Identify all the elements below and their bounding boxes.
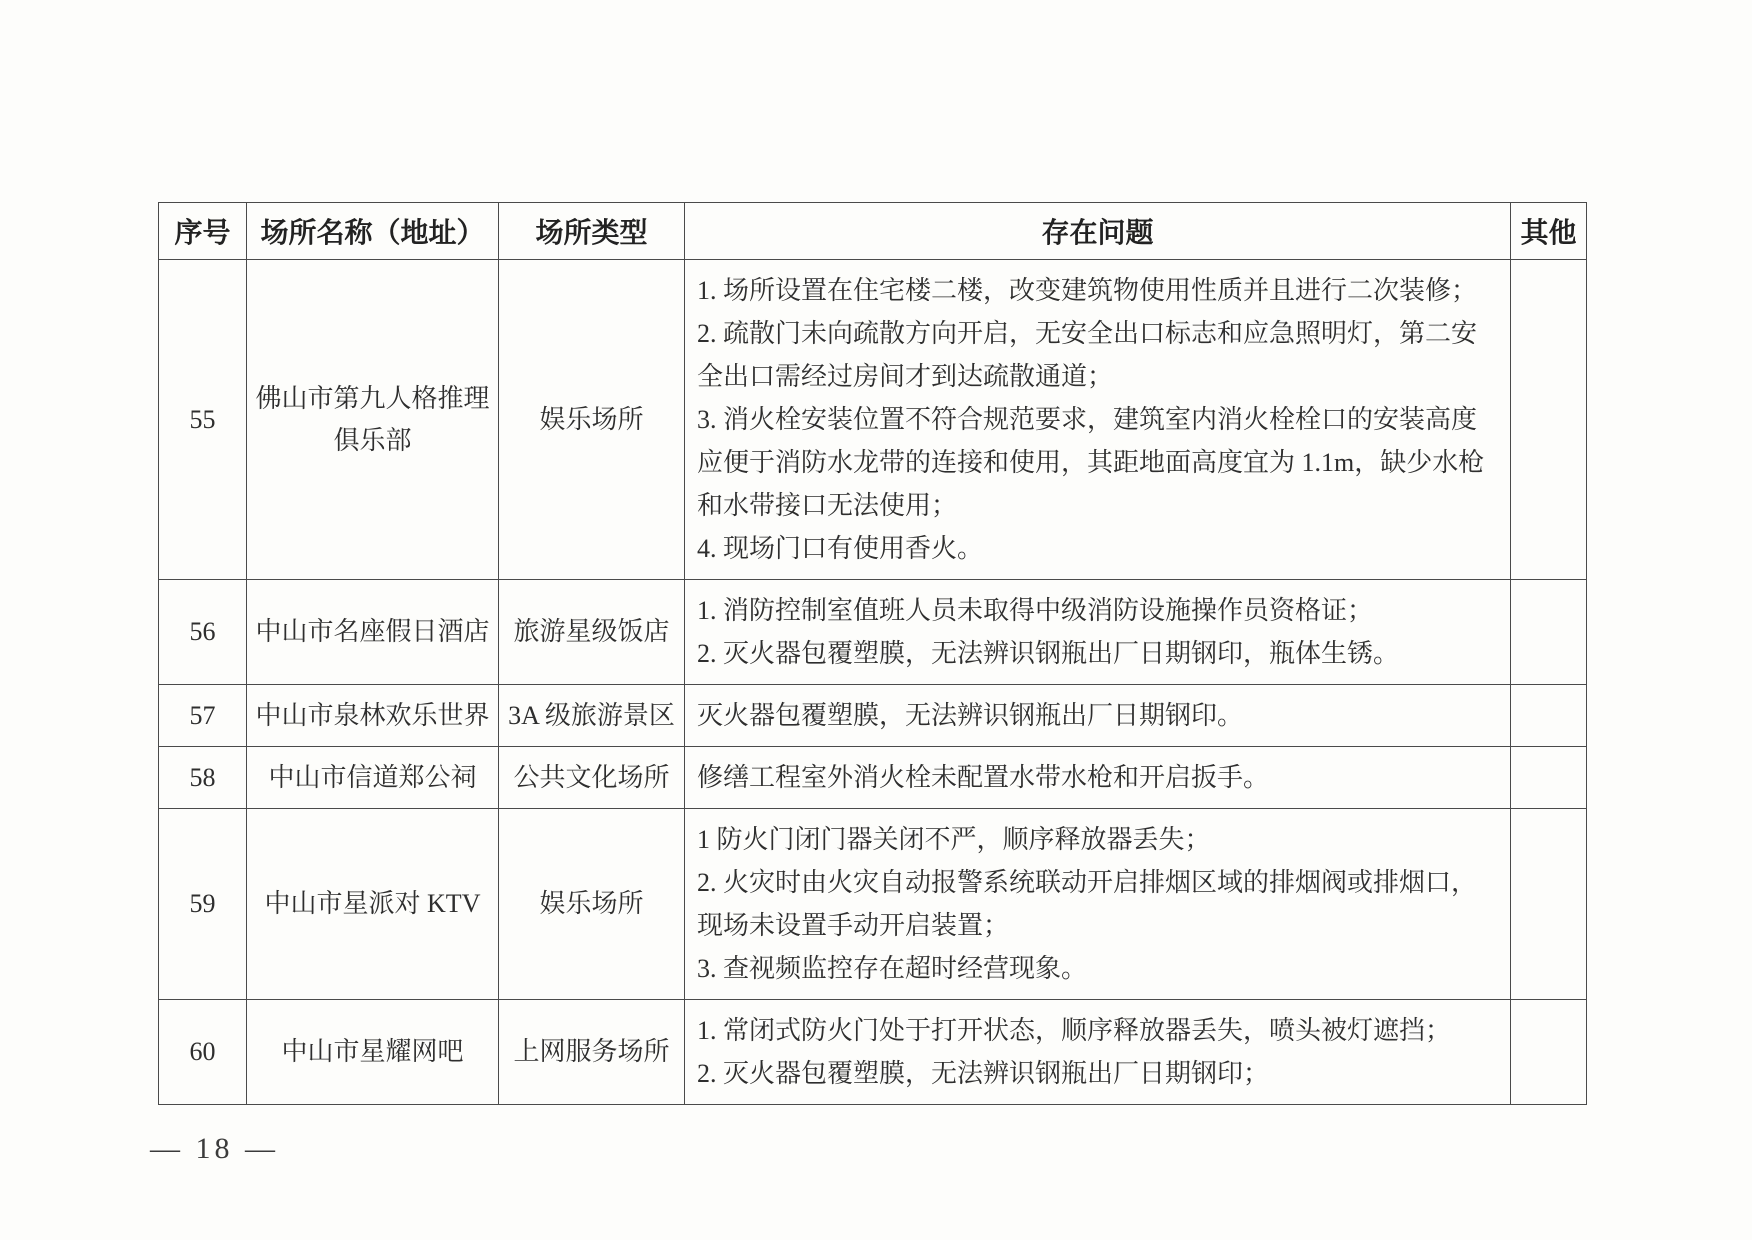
row-seq: 58 [159, 747, 247, 809]
table-row: 59 中山市星派对 KTV 娱乐场所 1 防火门闭门器关闭不严，顺序释放器丢失；… [159, 809, 1587, 1000]
row-place-name: 佛山市第九人格推理俱乐部 [247, 260, 499, 580]
row-problems: 1. 场所设置在住宅楼二楼，改变建筑物使用性质并且进行二次装修；2. 疏散门未向… [685, 260, 1511, 580]
problem-line: 1 防火门闭门器关闭不严，顺序释放器丢失； [697, 818, 1498, 861]
table-row: 55 佛山市第九人格推理俱乐部 娱乐场所 1. 场所设置在住宅楼二楼，改变建筑物… [159, 260, 1587, 580]
problem-line: 灭火器包覆塑膜，无法辨识钢瓶出厂日期钢印。 [697, 694, 1498, 737]
document-page: 序号 场所名称（地址） 场所类型 存在问题 其他 55 佛山市第九人格推理俱乐部… [0, 0, 1752, 1240]
problem-line: 2. 疏散门未向疏散方向开启，无安全出口标志和应急照明灯，第二安全出口需经过房间… [697, 312, 1498, 398]
row-place-name: 中山市星耀网吧 [247, 1000, 499, 1105]
row-seq: 57 [159, 685, 247, 747]
header-problems: 存在问题 [685, 203, 1511, 260]
row-seq: 59 [159, 809, 247, 1000]
row-other [1511, 1000, 1587, 1105]
problem-line: 4. 现场门口有使用香火。 [697, 527, 1498, 570]
row-other [1511, 580, 1587, 685]
header-other: 其他 [1511, 203, 1587, 260]
row-problems: 1. 消防控制室值班人员未取得中级消防设施操作员资格证；2. 灭火器包覆塑膜，无… [685, 580, 1511, 685]
problem-line: 2. 火灾时由火灾自动报警系统联动开启排烟区域的排烟阀或排烟口，现场未设置手动开… [697, 861, 1498, 947]
problem-line: 修缮工程室外消火栓未配置水带水枪和开启扳手。 [697, 756, 1498, 799]
problem-line: 3. 消火栓安装位置不符合规范要求，建筑室内消火栓栓口的安装高度应便于消防水龙带… [697, 398, 1498, 527]
row-seq: 60 [159, 1000, 247, 1105]
row-place-type: 3A 级旅游景区 [499, 685, 685, 747]
header-place-name: 场所名称（地址） [247, 203, 499, 260]
row-place-type: 娱乐场所 [499, 260, 685, 580]
row-place-type: 旅游星级饭店 [499, 580, 685, 685]
table-body: 55 佛山市第九人格推理俱乐部 娱乐场所 1. 场所设置在住宅楼二楼，改变建筑物… [159, 260, 1587, 1105]
row-place-name: 中山市泉林欢乐世界 [247, 685, 499, 747]
table-row: 60 中山市星耀网吧 上网服务场所 1. 常闭式防火门处于打开状态，顺序释放器丢… [159, 1000, 1587, 1105]
row-other [1511, 260, 1587, 580]
row-other [1511, 747, 1587, 809]
row-problems: 灭火器包覆塑膜，无法辨识钢瓶出厂日期钢印。 [685, 685, 1511, 747]
row-problems: 修缮工程室外消火栓未配置水带水枪和开启扳手。 [685, 747, 1511, 809]
problem-line: 3. 查视频监控存在超时经营现象。 [697, 947, 1498, 990]
problem-line: 2. 灭火器包覆塑膜，无法辨识钢瓶出厂日期钢印，瓶体生锈。 [697, 632, 1498, 675]
inspection-issues-table: 序号 场所名称（地址） 场所类型 存在问题 其他 55 佛山市第九人格推理俱乐部… [158, 202, 1587, 1105]
header-seq: 序号 [159, 203, 247, 260]
row-place-type: 公共文化场所 [499, 747, 685, 809]
table-header: 序号 场所名称（地址） 场所类型 存在问题 其他 [159, 203, 1587, 260]
row-problems: 1. 常闭式防火门处于打开状态，顺序释放器丢失，喷头被灯遮挡；2. 灭火器包覆塑… [685, 1000, 1511, 1105]
table-row: 58 中山市信道郑公祠 公共文化场所 修缮工程室外消火栓未配置水带水枪和开启扳手… [159, 747, 1587, 809]
page-number: — 18 — [150, 1132, 279, 1166]
problem-line: 2. 灭火器包覆塑膜，无法辨识钢瓶出厂日期钢印； [697, 1052, 1498, 1095]
row-place-name: 中山市名座假日酒店 [247, 580, 499, 685]
table-row: 57 中山市泉林欢乐世界 3A 级旅游景区 灭火器包覆塑膜，无法辨识钢瓶出厂日期… [159, 685, 1587, 747]
row-place-name: 中山市星派对 KTV [247, 809, 499, 1000]
row-other [1511, 809, 1587, 1000]
row-seq: 56 [159, 580, 247, 685]
problem-line: 1. 场所设置在住宅楼二楼，改变建筑物使用性质并且进行二次装修； [697, 269, 1498, 312]
row-other [1511, 685, 1587, 747]
problem-line: 1. 消防控制室值班人员未取得中级消防设施操作员资格证； [697, 589, 1498, 632]
row-seq: 55 [159, 260, 247, 580]
table-header-row: 序号 场所名称（地址） 场所类型 存在问题 其他 [159, 203, 1587, 260]
row-place-type: 上网服务场所 [499, 1000, 685, 1105]
row-problems: 1 防火门闭门器关闭不严，顺序释放器丢失；2. 火灾时由火灾自动报警系统联动开启… [685, 809, 1511, 1000]
table-row: 56 中山市名座假日酒店 旅游星级饭店 1. 消防控制室值班人员未取得中级消防设… [159, 580, 1587, 685]
row-place-name: 中山市信道郑公祠 [247, 747, 499, 809]
row-place-type: 娱乐场所 [499, 809, 685, 1000]
problem-line: 1. 常闭式防火门处于打开状态，顺序释放器丢失，喷头被灯遮挡； [697, 1009, 1498, 1052]
header-place-type: 场所类型 [499, 203, 685, 260]
